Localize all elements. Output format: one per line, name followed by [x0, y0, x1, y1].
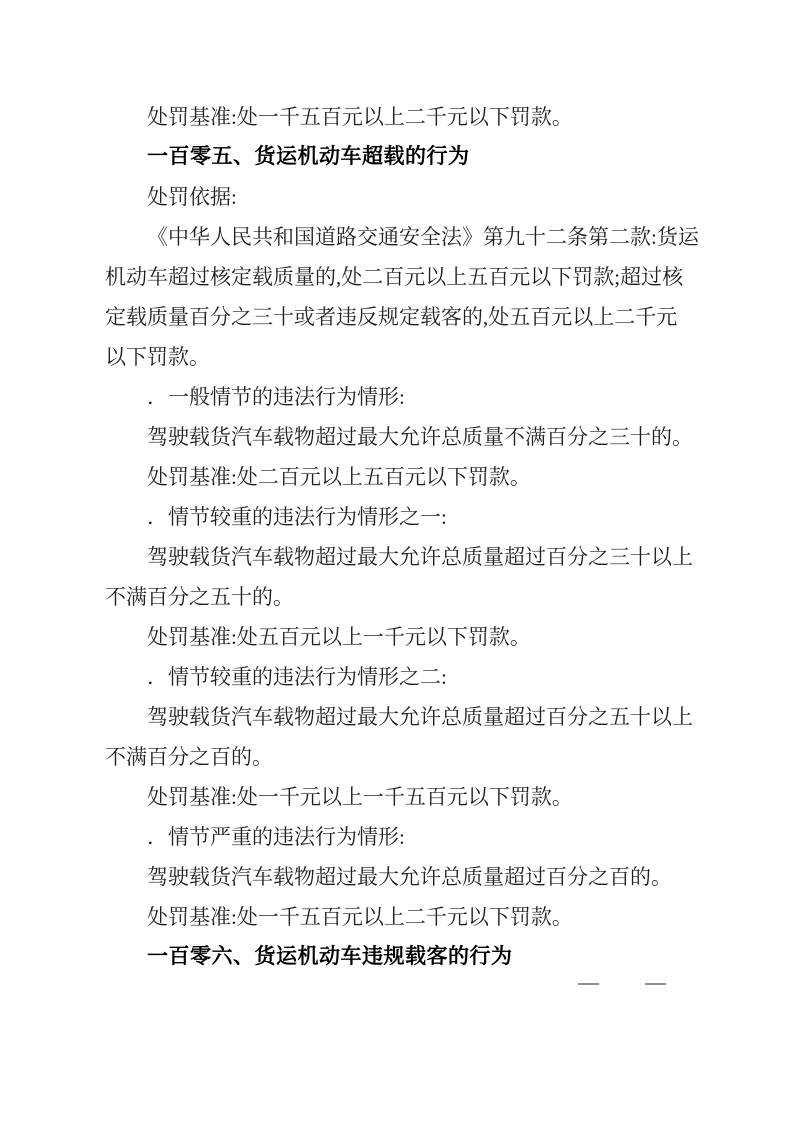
- law-citation-paragraph: 《中华人民共和国道路交通安全法》第九十二条第二款:货运 机动车超过核定载质量的,…: [105, 217, 745, 377]
- violation-case-heading: ．一般情节的违法行为情形:: [105, 377, 745, 417]
- violation-case-heading: ．情节较重的违法行为情形之一:: [105, 497, 745, 537]
- penalty-basis-text: 处罚基准:处二百元以上五百元以下罚款。: [105, 457, 745, 497]
- violation-case-heading: ．情节较重的违法行为情形之二:: [105, 657, 745, 697]
- penalty-basis-text: 处罚基准:处一千五百元以上二千元以下罚款。: [105, 897, 745, 937]
- violation-description: 驾驶载货汽车载物超过最大允许总质量不满百分之三十的。: [105, 417, 745, 457]
- violation-case-heading: ．情节严重的违法行为情形:: [105, 817, 745, 857]
- penalty-basis-text: 处罚基准:处一千五百元以上二千元以下罚款。: [105, 97, 745, 137]
- violation-description: 驾驶载货汽车载物超过最大允许总质量超过百分之三十以上 不满百分之五十的。: [105, 537, 745, 617]
- page-number-dash-left: —: [578, 972, 599, 993]
- page-number-marker: — —: [578, 972, 666, 993]
- document-page: 处罚基准:处一千五百元以上二千元以下罚款。 一百零五、货运机动车超载的行为 处罚…: [0, 0, 793, 1122]
- violation-description: 驾驶载货汽车载物超过最大允许总质量超过百分之五十以上 不满百分之百的。: [105, 697, 745, 777]
- penalty-grounds-label: 处罚依据:: [105, 177, 745, 217]
- section-heading-105: 一百零五、货运机动车超载的行为: [105, 137, 745, 177]
- penalty-basis-text: 处罚基准:处五百元以上一千元以下罚款。: [105, 617, 745, 657]
- document-body: 处罚基准:处一千五百元以上二千元以下罚款。 一百零五、货运机动车超载的行为 处罚…: [105, 97, 745, 977]
- violation-description: 驾驶载货汽车载物超过最大允许总质量超过百分之百的。: [105, 857, 745, 897]
- penalty-basis-text: 处罚基准:处一千元以上一千五百元以下罚款。: [105, 777, 745, 817]
- page-number-dash-right: —: [645, 972, 666, 993]
